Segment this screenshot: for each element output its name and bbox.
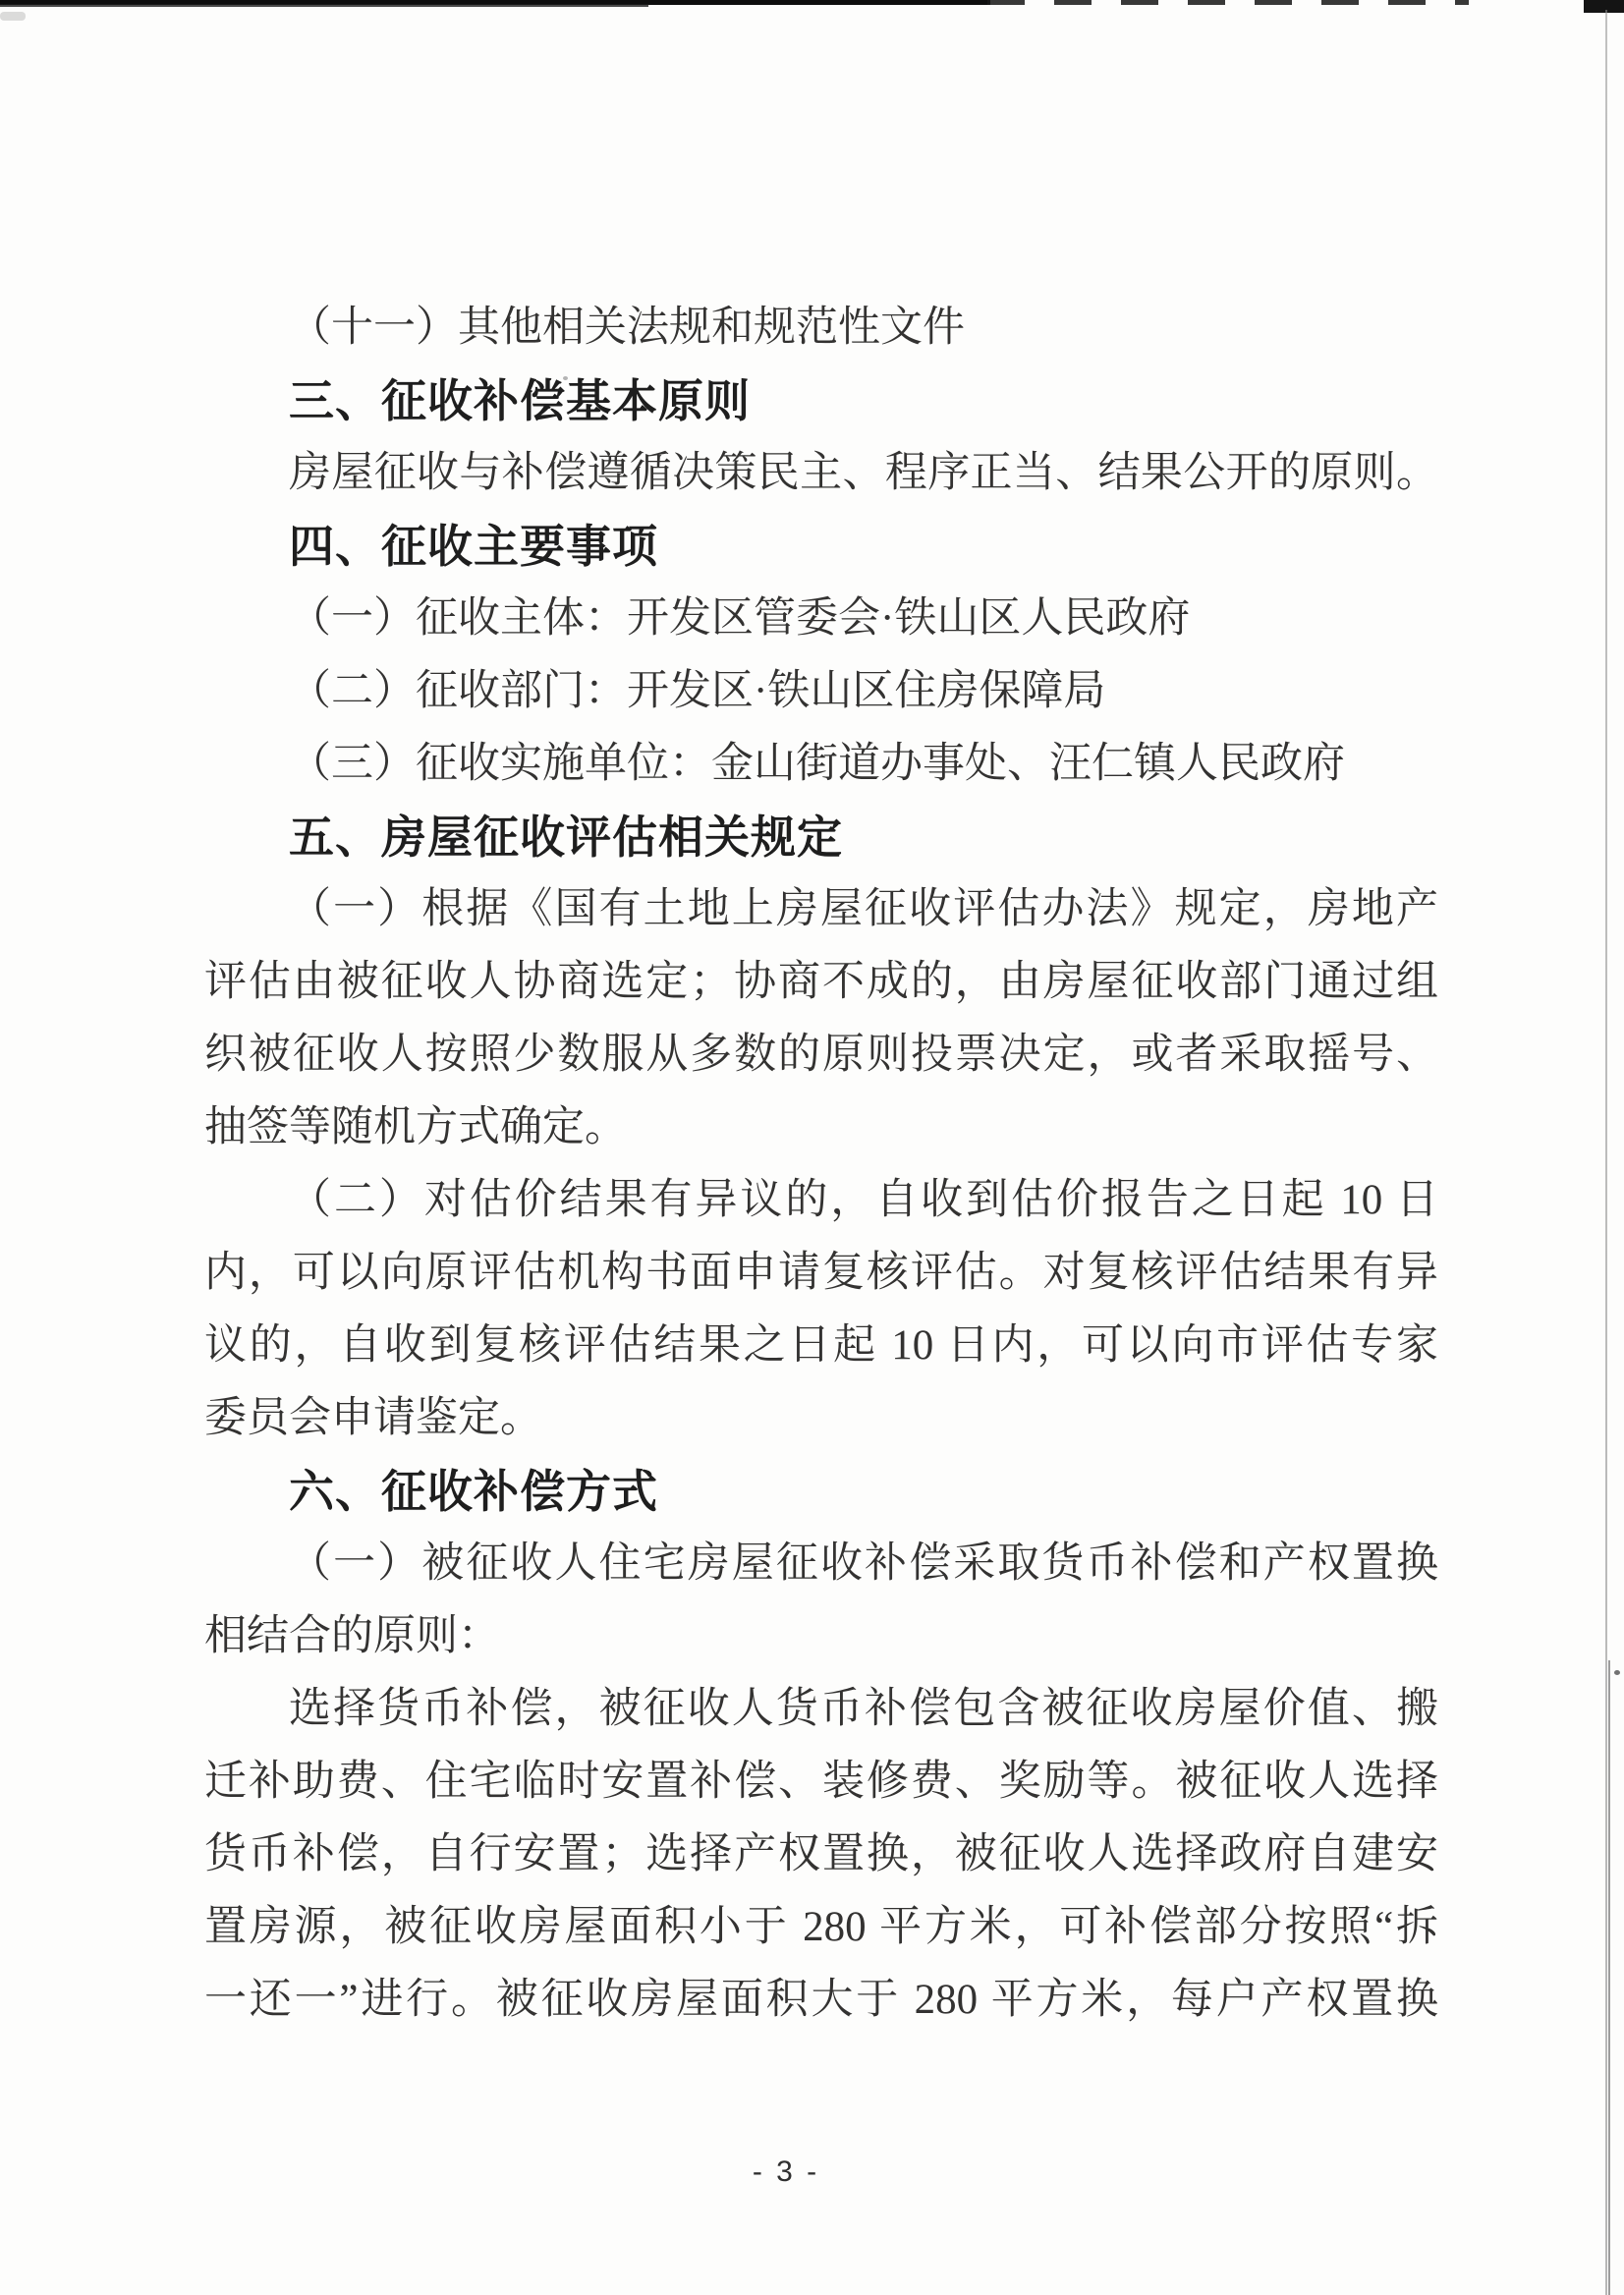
text-line: 货币补偿，自行安置；选择产权置换，被征收人选择政府自建安 — [204, 1819, 1438, 1891]
text-line: 抽签等随机方式确定。 — [204, 1092, 1438, 1164]
text-line: （一）根据《国有土地上房屋征收评估办法》规定，房地产 — [204, 873, 1438, 946]
text-line: 选择货币补偿，被征收人货币补偿包含被征收房屋价值、搬 — [204, 1673, 1438, 1746]
text-line: 相结合的原则： — [204, 1600, 1438, 1673]
scanned-document-page: （十一）其他相关法规和规范性文件 三、征收补偿基本原则 房屋征收与补偿遵循决策民… — [0, 0, 1624, 2295]
section-heading: 四、征收主要事项 — [204, 510, 1438, 583]
scan-artifact-top-edge-shadow — [0, 4, 648, 7]
text-line: 迁补助费、住宅临时安置补偿、装修费、奖励等。被征收人选择 — [204, 1746, 1438, 1819]
scan-artifact-top-dashes — [987, 0, 1469, 5]
section-heading: 六、征收补偿方式 — [204, 1455, 1438, 1528]
text-line: 内，可以向原评估机构书面申请复核评估。对复核评估结果有异 — [204, 1237, 1438, 1310]
text-line: 委员会申请鉴定。 — [204, 1382, 1438, 1455]
text-line: 房屋征收与补偿遵循决策民主、程序正当、结果公开的原则。 — [204, 437, 1438, 510]
scan-artifact-right-vertical-line-dark — [1608, 1660, 1610, 2295]
scan-artifact-dot — [1614, 1670, 1620, 1675]
text-line: （一）征收主体：开发区管委会·铁山区人民政府 — [204, 583, 1438, 655]
text-line: （十一）其他相关法规和规范性文件 — [204, 292, 1438, 364]
text-line: 置房源，被征收房屋面积小于 280 平方米，可补偿部分按照“拆 — [204, 1891, 1438, 1964]
section-heading: 五、房屋征收评估相关规定 — [204, 801, 1438, 873]
text-line: 议的，自收到复核评估结果之日起 10 日内，可以向市评估专家 — [204, 1310, 1438, 1382]
text-line: 织被征收人按照少数服从多数的原则投票决定，或者采取摇号、 — [204, 1019, 1438, 1092]
page-number: - 3 - — [0, 2155, 1572, 2189]
text-line: （一）被征收人住宅房屋征收补偿采取货币补偿和产权置换 — [204, 1528, 1438, 1600]
text-line: 一还一”进行。被征收房屋面积大于 280 平方米，每户产权置换 — [204, 1964, 1438, 2037]
scan-artifact-top-right-corner — [1584, 0, 1624, 13]
text-line: （二）对估价结果有异议的，自收到估价报告之日起 10 日 — [204, 1164, 1438, 1237]
document-body: （十一）其他相关法规和规范性文件 三、征收补偿基本原则 房屋征收与补偿遵循决策民… — [204, 292, 1438, 2037]
text-line: （三）征收实施单位：金山街道办事处、汪仁镇人民政府 — [204, 728, 1438, 801]
text-line: 评估由被征收人协商选定；协商不成的，由房屋征收部门通过组 — [204, 946, 1438, 1019]
text-line: （二）征收部门：开发区·铁山区住房保障局 — [204, 655, 1438, 728]
scan-artifact-left-smudge — [0, 12, 26, 21]
section-heading: 三、征收补偿基本原则 — [204, 364, 1438, 437]
scan-artifact-right-vertical-line — [1605, 10, 1607, 2295]
